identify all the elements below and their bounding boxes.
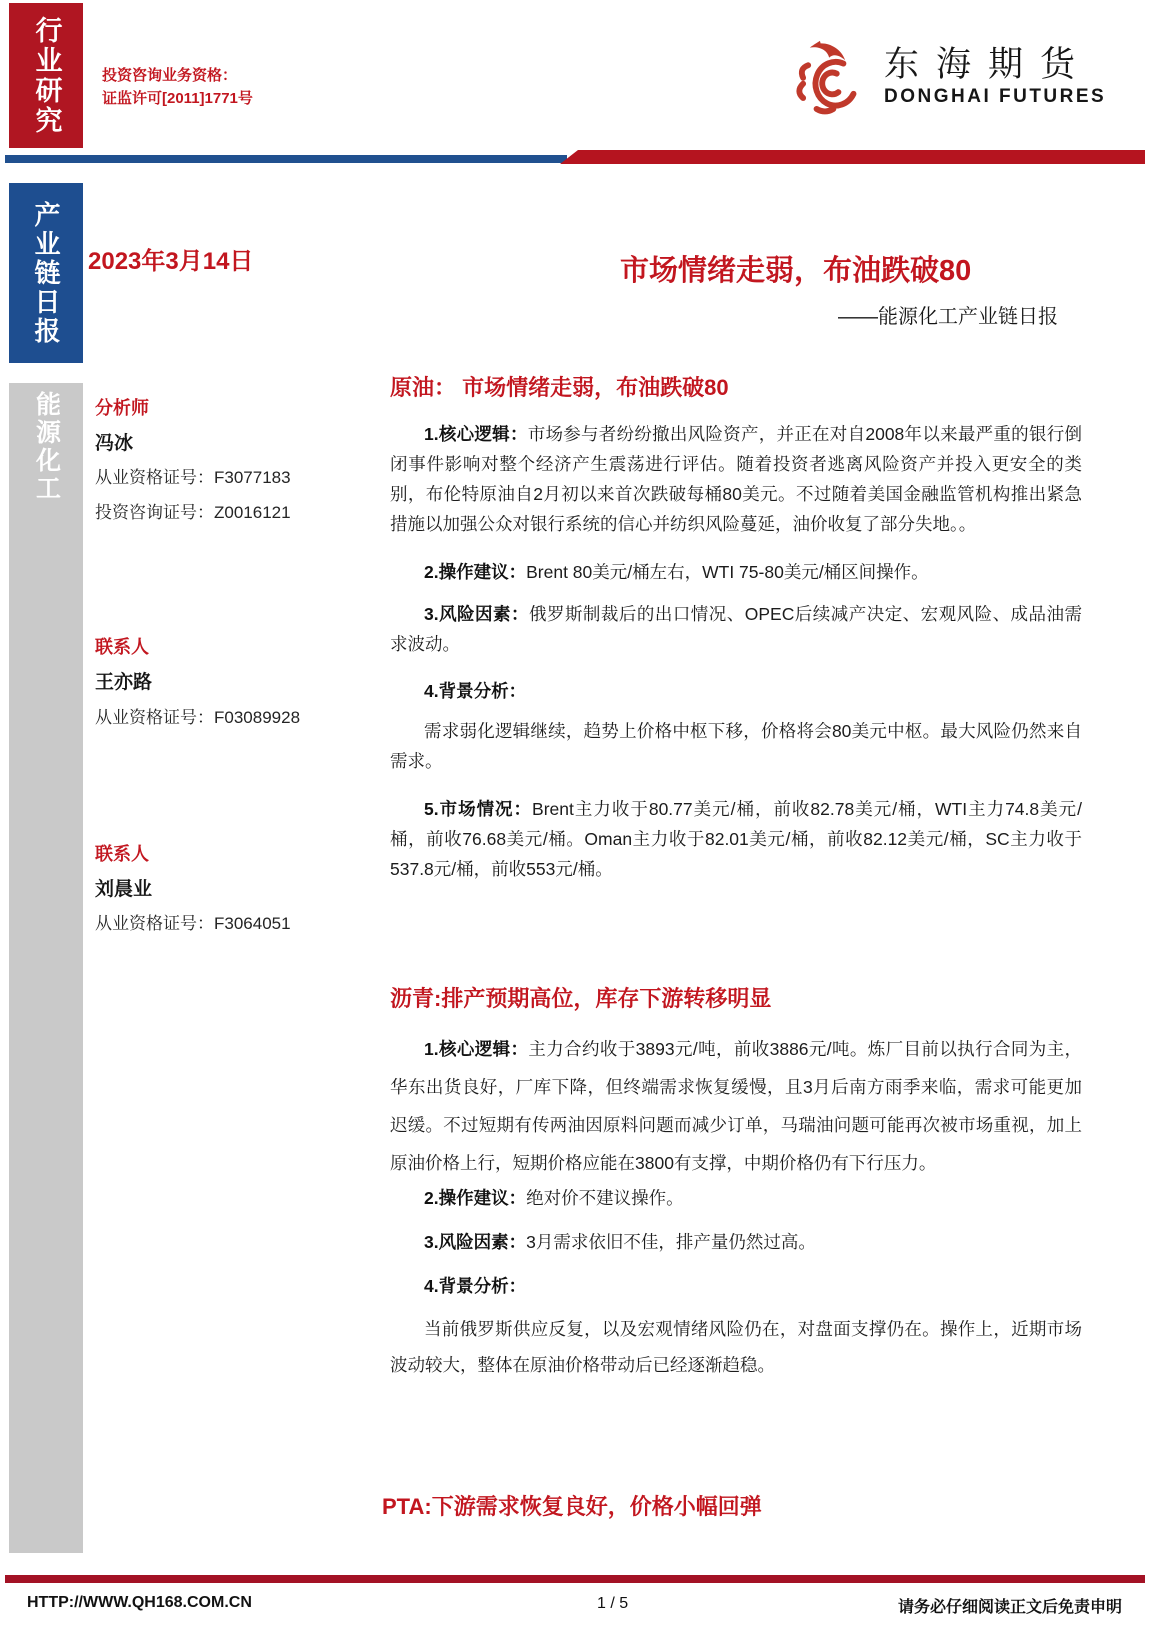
paragraph-label: 3.风险因素： [424,1232,526,1252]
contact2-name: 刘晨业 [95,874,380,901]
header-divider-blue [5,155,567,163]
paragraph-text: Brent 80美元/桶左右，WTI 75-80美元/桶区间操作。 [526,562,929,582]
paragraph-label: 5.市场情况： [424,799,532,819]
report-subtitle: ——能源化工产业链日报 [838,300,1058,329]
paragraph-label: 2.操作建议： [424,1188,526,1208]
report-page: { "colors": { "accent_red_text": "#c2161… [0,0,1150,1641]
crude-paragraph-advice: 2.操作建议：Brent 80美元/桶左右，WTI 75-80美元/桶区间操作。 [390,557,1082,587]
crude-paragraph-market: 5.市场情况：Brent主力收于80.77美元/桶，前收82.78美元/桶，WT… [390,794,1082,884]
paragraph-text: 需求弱化逻辑继续，趋势上价格中枢下移，价格将会80美元中枢。最大风险仍然来自需求… [390,721,1082,771]
paragraph-text: 当前俄罗斯供应反复，以及宏观情绪风险仍在，对盘面支撑仍在。操作上，近期市场波动较… [390,1319,1082,1375]
tab-industry-research: 行业研究 [9,3,83,148]
header-divider-red [560,150,1145,164]
paragraph-label: 1.核心逻辑： [424,1039,528,1059]
tab-industry-research-label: 行业研究 [33,16,60,136]
analyst-name: 冯冰 [95,428,380,455]
paragraph-label: 2.操作建议： [424,562,526,582]
analyst-cert-1: 从业资格证号：F3077183 [95,463,380,488]
tab-energy-chem: 能源化工 [9,383,83,1553]
tab-chain-daily: 产业链日报 [9,183,83,363]
paragraph-label: 3.风险因素： [424,604,529,624]
qualification-line1: 投资咨询业务资格： [102,64,253,87]
crude-paragraph-core-logic: 1.核心逻辑：市场参与者纷纷撤出风险资产，并正在对自2008年以来最严重的银行倒… [390,419,1082,539]
crude-paragraph-background: 4.背景分析： [390,676,1082,706]
company-name-cn: 东海期货 [884,46,1106,85]
paragraph-label: 1.核心逻辑： [424,424,528,444]
analyst-label: 分析师 [95,394,380,420]
footer-page-number: 1 / 5 [597,1595,628,1613]
paragraph-text: 绝对价不建议操作。 [526,1188,684,1208]
asphalt-paragraph-background: 4.背景分析： [390,1271,1082,1301]
contact2-label: 联系人 [95,840,380,866]
footer-divider-bar [5,1575,1145,1583]
company-name-en: DONGHAI FUTURES [884,86,1106,108]
paragraph-text: 主力合约收于3893元/吨，前收3886元/吨。炼厂目前以执行合同为主，华东出货… [390,1039,1082,1173]
qualification-text: 投资咨询业务资格： 证监许可[2011]1771号 [102,64,253,110]
footer-url: HTTP://WWW.QH168.COM.CN [27,1594,252,1612]
asphalt-paragraph-advice: 2.操作建议：绝对价不建议操作。 [390,1183,1082,1213]
tab-energy-chem-label: 能源化工 [34,391,59,503]
contact1-cert: 从业资格证号：F03089928 [95,703,380,728]
contact2-cert: 从业资格证号：F3064051 [95,909,380,934]
paragraph-text: 3月需求依旧不佳，排产量仍然过高。 [526,1232,816,1252]
contact1-name: 王亦路 [95,667,380,694]
analyst-cert-2: 投资咨询证号：Z0016121 [95,498,380,523]
company-logo: 东海期货 DONGHAI FUTURES [788,30,1106,124]
footer-disclaimer: 请务必仔细阅读正文后免责申明 [898,1594,1122,1617]
section-heading-crude: 原油： 市场情绪走弱，布油跌破80 [390,371,729,402]
report-title: 市场情绪走弱，布油跌破80 [620,248,971,289]
report-date: 2023年3月14日 [88,241,253,276]
asphalt-paragraph-core-logic: 1.核心逻辑：主力合约收于3893元/吨，前收3886元/吨。炼厂目前以执行合同… [390,1030,1082,1182]
asphalt-paragraph-risk: 3.风险因素：3月需求依旧不佳，排产量仍然过高。 [390,1227,1082,1257]
tab-chain-daily-label: 产业链日报 [33,201,59,346]
dragon-logo-icon [788,30,872,124]
crude-paragraph-risk: 3.风险因素：俄罗斯制裁后的出口情况、OPEC后续减产决定、宏观风险、成品油需求… [390,599,1082,659]
company-logo-text: 东海期货 DONGHAI FUTURES [884,46,1106,109]
section-heading-pta: PTA:下游需求恢复良好，价格小幅回弹 [382,1490,762,1521]
section-heading-asphalt: 沥青:排产预期高位，库存下游转移明显 [390,982,771,1013]
paragraph-label: 4.背景分析： [424,681,526,701]
qualification-line2: 证监许可[2011]1771号 [102,87,253,110]
crude-paragraph-background-body: 需求弱化逻辑继续，趋势上价格中枢下移，价格将会80美元中枢。最大风险仍然来自需求… [390,716,1082,776]
asphalt-paragraph-background-body: 当前俄罗斯供应反复，以及宏观情绪风险仍在，对盘面支撑仍在。操作上，近期市场波动较… [390,1311,1082,1383]
contact1-label: 联系人 [95,633,380,659]
paragraph-label: 4.背景分析： [424,1276,526,1296]
